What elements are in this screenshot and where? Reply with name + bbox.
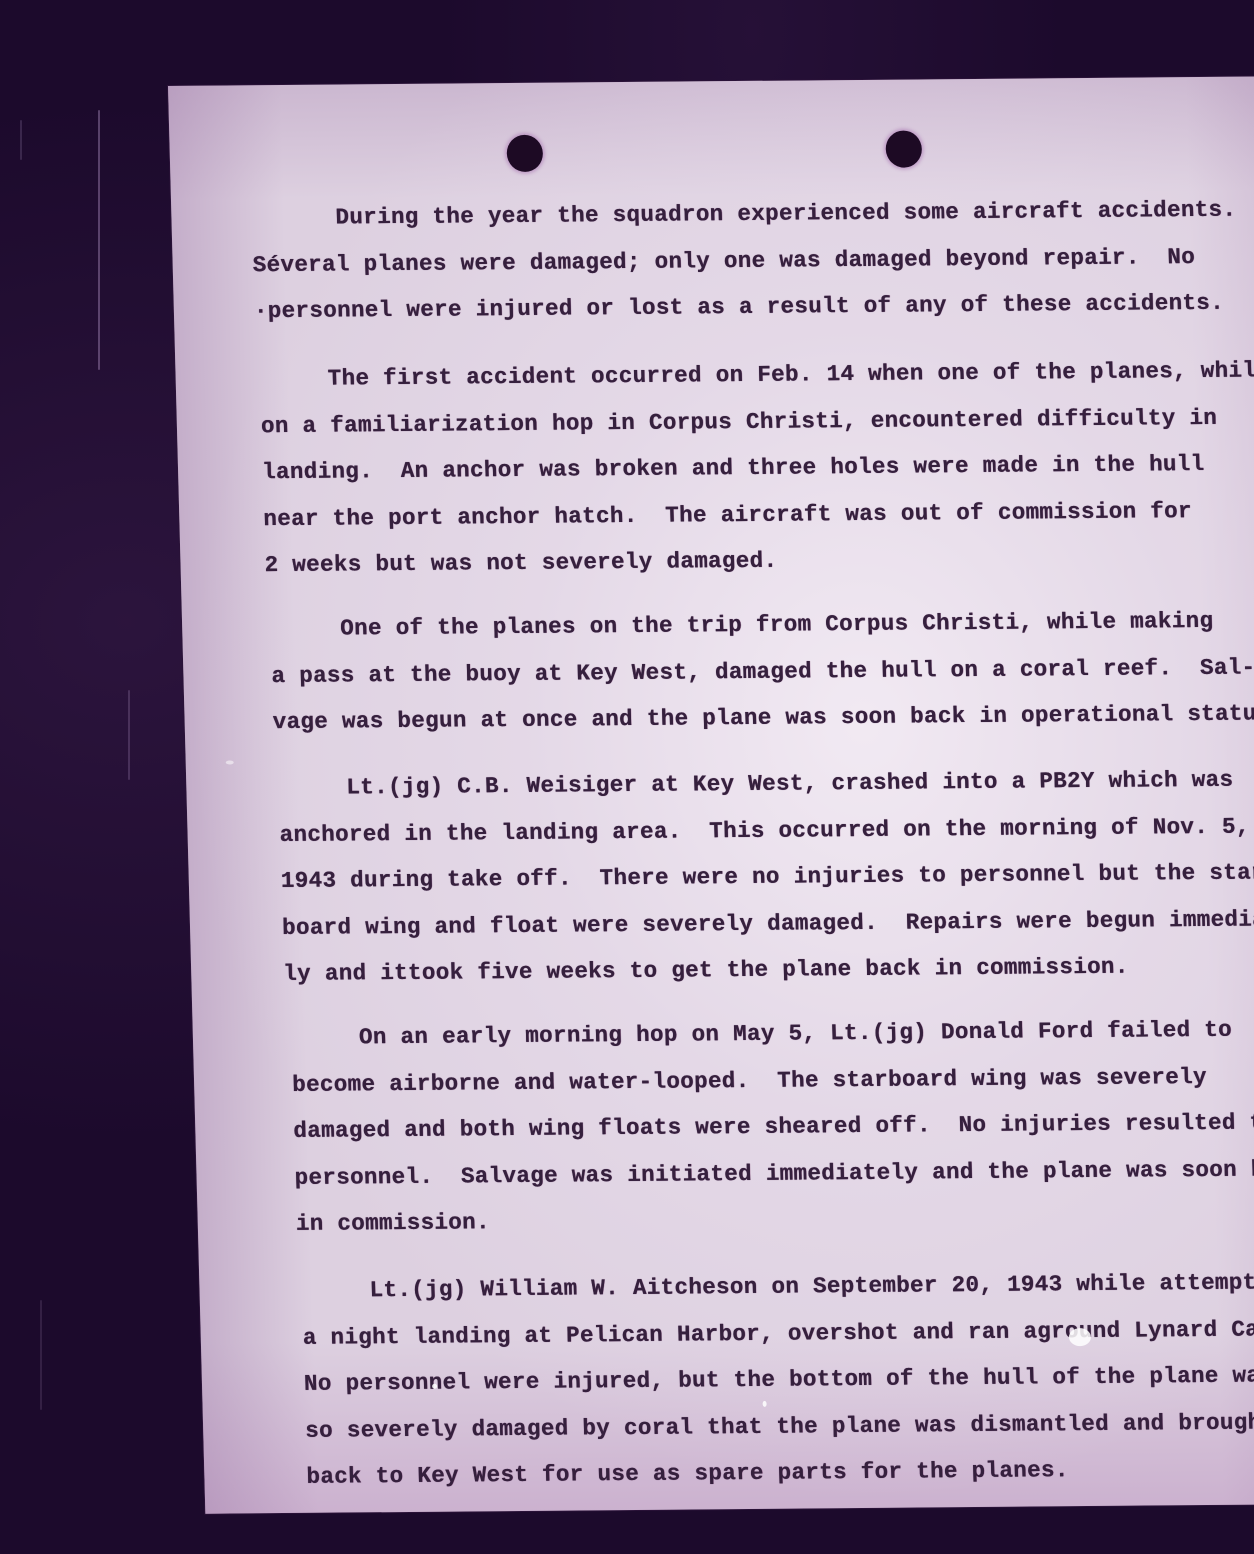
paragraph-line: No personnel were injured, but the botto… — [304, 1365, 1254, 1396]
punch-hole — [885, 130, 922, 167]
paragraph-line: anchored in the landing area. This occur… — [279, 815, 1250, 846]
paragraph-line: on a familiarization hop in Corpus Chris… — [261, 406, 1218, 437]
paragraph-line: back to Key West for use as spare parts … — [306, 1460, 1069, 1489]
film-scratch — [20, 120, 22, 160]
paragraph-line: a pass at the buoy at Key West, damaged … — [271, 656, 1254, 687]
paragraph-line: so severely damaged by coral that the pl… — [305, 1411, 1254, 1442]
dust-speck — [226, 760, 234, 764]
dust-speck — [432, 1384, 437, 1389]
paragraph-first-line: During the year the squadron experienced… — [335, 199, 1236, 229]
film-scratch — [98, 110, 100, 370]
paragraph-first-line: Lt.(jg) William W. Aitcheson on Septembe… — [369, 1271, 1254, 1302]
dust-speck — [763, 1401, 767, 1407]
paragraph-line: landing. An anchor was broken and three … — [262, 453, 1205, 484]
paragraph-line: near the port anchor hatch. The aircraft… — [263, 500, 1192, 531]
paragraph-line: board wing and float were severely damag… — [282, 908, 1254, 940]
paragraph-line: damaged and both wing floats were sheare… — [293, 1112, 1254, 1143]
dust-speck — [1069, 1328, 1091, 1346]
paragraph-line: vage was begun at once and the plane was… — [272, 702, 1254, 733]
paragraph-line: ly and ittook five weeks to get the plan… — [283, 956, 1129, 986]
paragraph-line: become airborne and water-looped. The st… — [292, 1066, 1207, 1097]
paragraph-line: 1943 during take off. There were no inju… — [281, 862, 1254, 893]
film-scratch — [128, 690, 130, 780]
document-page: During the year the squadron experienced… — [168, 76, 1254, 1514]
typewritten-text: During the year the squadron experienced… — [168, 76, 1254, 86]
paragraph-line: ·personnel were injured or lost as a res… — [254, 292, 1225, 323]
paragraph-line: 2 weeks but was not severely damaged. — [264, 550, 777, 577]
punch-hole — [506, 135, 543, 172]
paragraph-line: a night landing at Pelican Harbor, overs… — [303, 1318, 1254, 1349]
paragraph-line: Séveral planes were damaged; only one wa… — [252, 246, 1195, 277]
paragraph-first-line: The first accident occurred on Feb. 14 w… — [327, 359, 1254, 390]
paragraph-first-line: On an early morning hop on May 5, Lt.(jg… — [359, 1019, 1233, 1049]
paragraph-first-line: Lt.(jg) C.B. Weisiger at Key West, crash… — [346, 769, 1234, 799]
paragraph-line: personnel. Salvage was initiated immedia… — [294, 1158, 1254, 1189]
film-scratch — [40, 1300, 42, 1410]
paragraph-line: in commission. — [296, 1212, 491, 1236]
paragraph-first-line: One of the planes on the trip from Corpu… — [340, 610, 1214, 640]
